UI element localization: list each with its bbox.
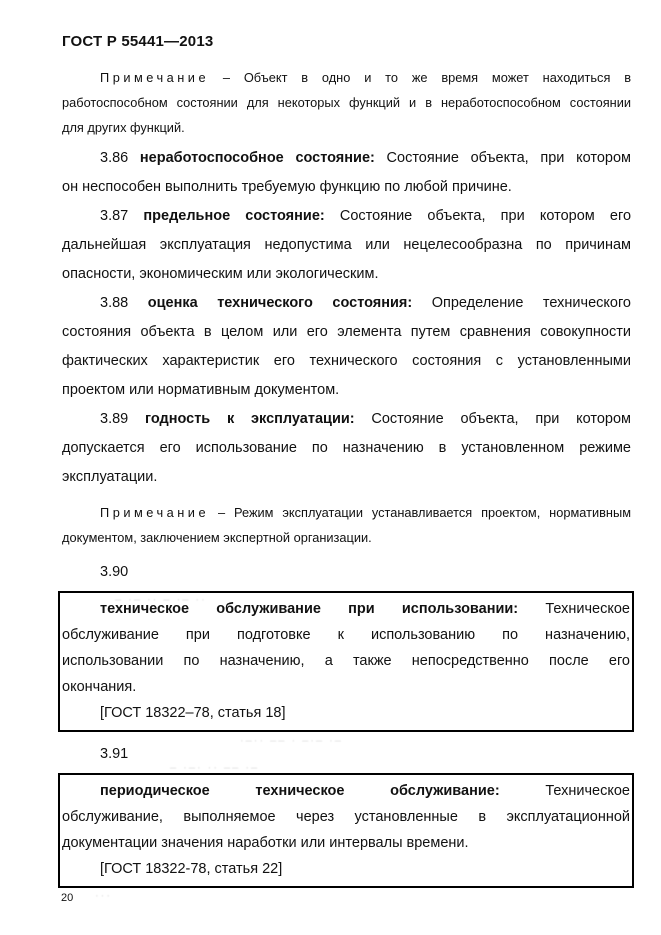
document-page: ГОСТ Р 55441—2013 Примечание – Объект в … — [0, 0, 661, 935]
term-number: 3.88 — [100, 295, 148, 311]
text-line: Примечание – Режим эксплуатации устанавл… — [62, 500, 631, 525]
note-paragraph-1: Примечание – Объект в одно и то же время… — [62, 65, 631, 140]
text-line: документации значения наработки или инте… — [62, 830, 630, 856]
text-line: работоспособном состоянии для некоторых … — [62, 90, 631, 115]
term-number: 3.89 — [100, 411, 145, 427]
note-text: – Режим эксплуатации устанавливается про… — [209, 505, 631, 520]
text-line: проектом или нормативным документом. — [62, 376, 631, 405]
term-text: Техническое — [500, 783, 630, 799]
text-line: Примечание – Объект в одно и то же время… — [62, 65, 631, 90]
term-definition-3-88: 3.88 оценка технического состояния: Опре… — [62, 289, 631, 405]
page-header: ГОСТ Р 55441—2013 — [62, 33, 631, 51]
note-label: Примечание — [100, 505, 209, 520]
boxed-definition-3-90: ‒ ·‒ ·· ‒ ·‒ ·· техническое обслуживание… — [58, 591, 634, 732]
term-number: 3.87 — [100, 208, 143, 224]
text-line: фактических характеристик его техническо… — [62, 347, 631, 376]
term-definition-3-89: 3.89 годность к эксплуатации: Состояние … — [62, 405, 631, 492]
text-line: окончания. — [62, 674, 630, 700]
note-text: – Объект в одно и то же время может нахо… — [209, 70, 631, 85]
text-line: он неспособен выполнить требуемую функци… — [62, 173, 631, 202]
term-number: 3.86 — [100, 150, 140, 166]
page-number: 20 — [61, 891, 631, 905]
term-name: предельное состояние: — [143, 208, 324, 224]
text-line: опасности, экономическим или экологическ… — [62, 260, 631, 289]
text-line: обслуживание при подготовке к использова… — [62, 622, 630, 648]
text-line: 3.87 предельное состояние: Состояние объ… — [62, 202, 631, 231]
clause-number-3-90: 3.90 — [62, 558, 631, 587]
note-label: Примечание — [100, 70, 209, 85]
text-line: эксплуатации. — [62, 463, 631, 492]
citation-line: [ГОСТ 18322–78, статья 18] — [62, 700, 630, 726]
text-line: допускается его использование по назначе… — [62, 434, 631, 463]
citation-line: [ГОСТ 18322-78, статья 22] — [62, 856, 630, 882]
term-definition-3-86: 3.86 неработоспособное состояние: Состоя… — [62, 144, 631, 202]
term-text: Определение технического — [412, 295, 631, 311]
term-name: периодическое техническое обслуживание: — [100, 783, 500, 799]
text-line: 3.86 неработоспособное состояние: Состоя… — [62, 144, 631, 173]
term-definition-3-87: 3.87 предельное состояние: Состояние объ… — [62, 202, 631, 289]
boxed-definition-3-91: ‒ ·‒· ·· ‒‒ ·‒ периодическое техническое… — [58, 773, 634, 888]
text-line: использовании по назначению, а также неп… — [62, 648, 630, 674]
text-line: техническое обслуживание при использован… — [62, 596, 630, 622]
text-line: 3.88 оценка технического состояния: Опре… — [62, 289, 631, 318]
text-line: для других функций. — [62, 115, 631, 140]
term-text: Состояние объекта, при котором — [355, 411, 631, 427]
text-line: документом, заключением экспертной орган… — [62, 525, 631, 550]
clause-number-3-91: 3.91 — [62, 740, 631, 769]
text-line: периодическое техническое обслуживание: … — [62, 778, 630, 804]
term-name: техническое обслуживание при использован… — [100, 601, 518, 617]
text-line: 3.89 годность к эксплуатации: Состояние … — [62, 405, 631, 434]
text-line: дальнейшая эксплуатация недопустима или … — [62, 231, 631, 260]
text-line: обслуживание, выполняемое через установл… — [62, 804, 630, 830]
term-name: годность к эксплуатации: — [145, 411, 355, 427]
term-text: Состояние объекта, при котором его — [325, 208, 631, 224]
term-name: неработоспособное состояние: — [140, 150, 375, 166]
text-line: состояния объекта в целом или его элемен… — [62, 318, 631, 347]
term-text: Техническое — [518, 601, 630, 617]
term-text: Состояние объекта, при котором — [375, 150, 631, 166]
term-name: оценка технического состояния: — [148, 295, 412, 311]
note-paragraph-2: Примечание – Режим эксплуатации устанавл… — [62, 500, 631, 550]
